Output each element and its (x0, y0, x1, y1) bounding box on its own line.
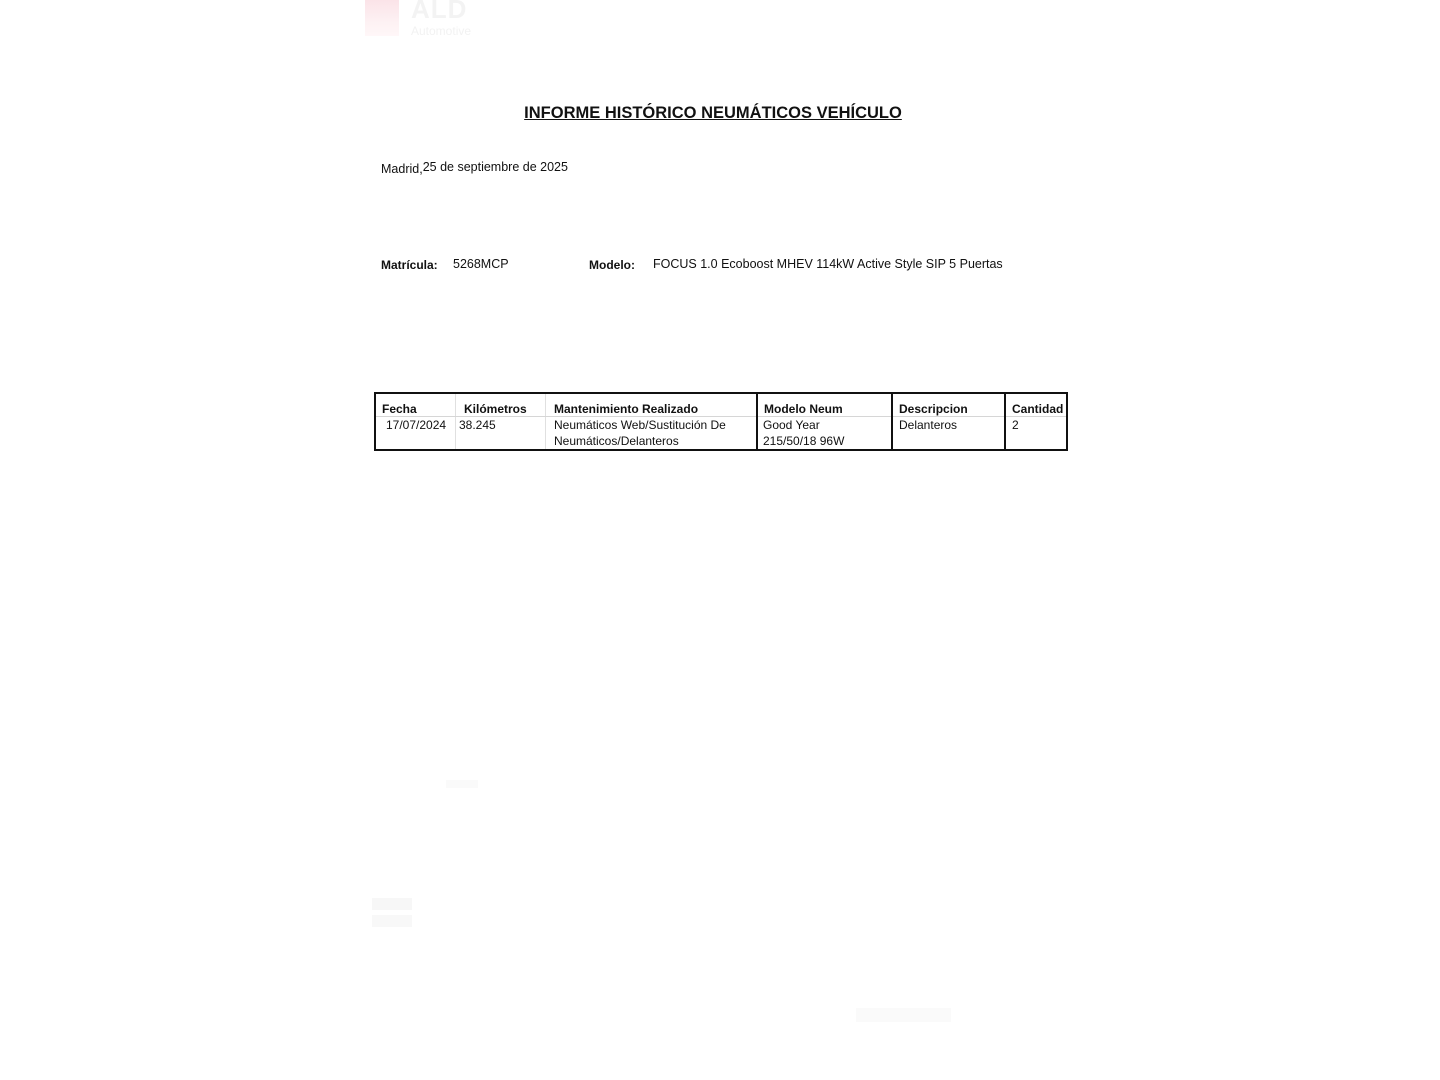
column-header-mantenimiento: Mantenimiento Realizado (546, 393, 758, 417)
document-title: INFORME HISTÓRICO NEUMÁTICOS VEHÍCULO (0, 104, 1426, 123)
document-date-line: Madrid,25 de septiembre de 2025 (381, 160, 568, 174)
cell-kilometros: 38.245 (456, 417, 546, 451)
column-header-fecha: Fecha (375, 393, 456, 417)
faded-footer-mark-2 (372, 915, 412, 927)
cell-mantenimiento: Neumáticos Web/Sustitución De Neumáticos… (546, 417, 758, 451)
faded-signature-mark (856, 1008, 951, 1022)
model-value: FOCUS 1.0 Ecoboost MHEV 114kW Active Sty… (653, 257, 1003, 271)
cell-mantenimiento-line2: Neumáticos/Delanteros (554, 433, 756, 449)
model-label: Modelo: (589, 258, 635, 272)
logo-subtext: Automotive (411, 24, 471, 38)
column-header-cantidad: Cantidad (1005, 393, 1067, 417)
faded-footer-mark (372, 898, 412, 910)
cell-descripcion: Delanteros (892, 417, 1005, 451)
cell-modelo-line1: Good Year (763, 417, 891, 433)
logo-mark (365, 0, 399, 36)
document-date: 25 de septiembre de 2025 (423, 160, 568, 174)
plate-value: 5268MCP (453, 257, 509, 271)
column-header-kilometros: Kilómetros (456, 393, 546, 417)
faded-watermark-mark (446, 780, 478, 788)
plate-label: Matrícula: (381, 258, 438, 272)
column-header-descripcion: Descripcion (892, 393, 1005, 417)
cell-cantidad: 2 (1005, 417, 1067, 451)
column-header-modelo-neum: Modelo Neum (757, 393, 892, 417)
table-row: 17/07/2024 38.245 Neumáticos Web/Sustitu… (375, 417, 1067, 451)
cell-modelo-line2: 215/50/18 96W (763, 433, 891, 449)
document-city: Madrid, (381, 162, 423, 176)
logo-text: ALD (411, 0, 467, 25)
cell-mantenimiento-line1: Neumáticos Web/Sustitución De (554, 417, 756, 433)
table-header-row: Fecha Kilómetros Mantenimiento Realizado… (375, 393, 1067, 417)
cell-fecha: 17/07/2024 (375, 417, 456, 451)
tire-history-table: Fecha Kilómetros Mantenimiento Realizado… (374, 392, 1068, 451)
cell-modelo-neum: Good Year 215/50/18 96W (757, 417, 892, 451)
